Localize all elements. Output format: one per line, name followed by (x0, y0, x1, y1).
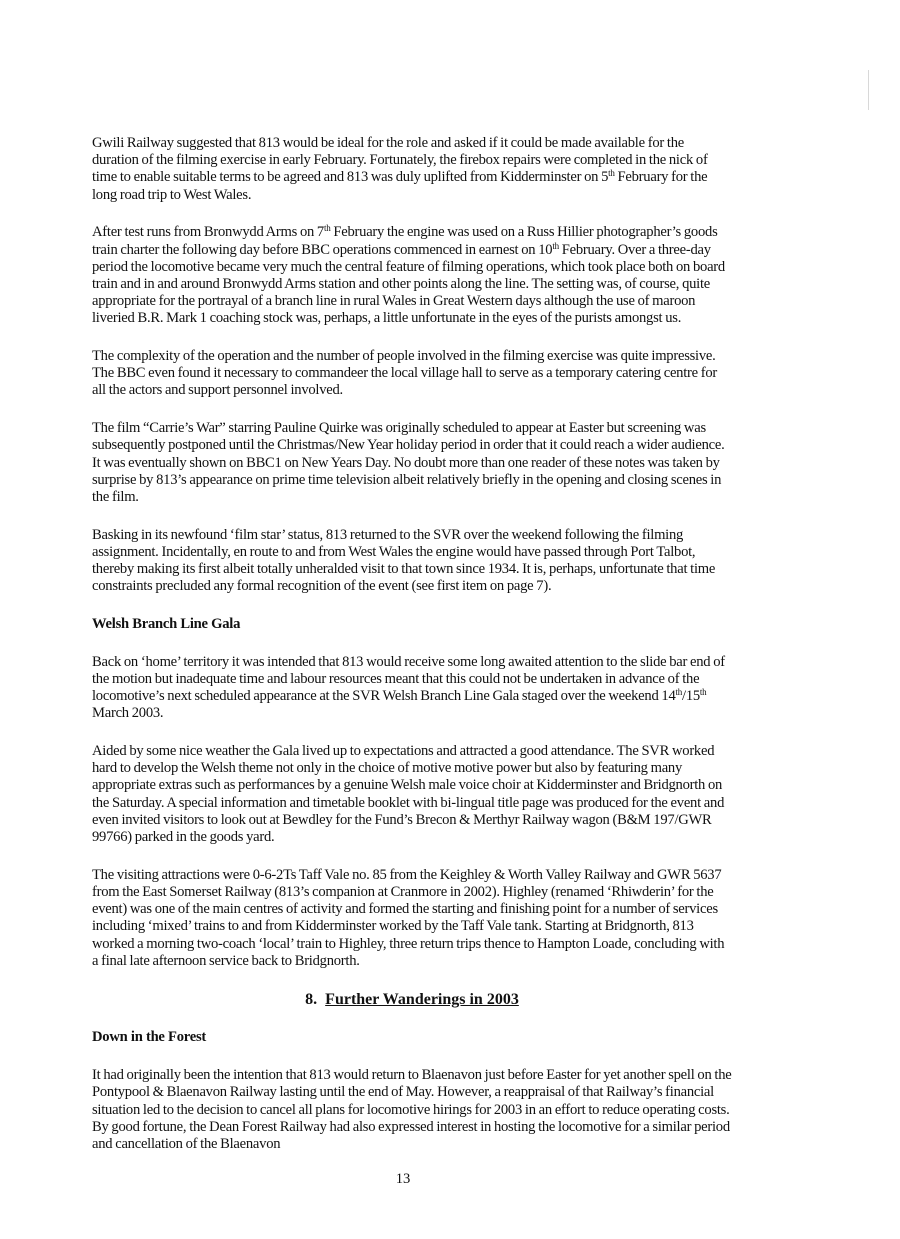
section-number: 8. (305, 991, 317, 1008)
paragraph-carries-war: The film “Carrie’s War” starring Pauline… (92, 420, 732, 506)
paragraph-gwili-railway: Gwili Railway suggested that 813 would b… (92, 135, 732, 204)
paragraph-complexity: The complexity of the operation and the … (92, 348, 732, 400)
page-number: 13 (0, 1171, 806, 1188)
subheading-down-in-the-forest: Down in the Forest (92, 1029, 732, 1046)
document-page: Gwili Railway suggested that 813 would b… (92, 135, 732, 1174)
paragraph-nice-weather: Aided by some nice weather the Gala live… (92, 743, 732, 846)
paragraph-blaenavon: It had originally been the intention tha… (92, 1067, 732, 1153)
subheading-welsh-branch-line-gala: Welsh Branch Line Gala (92, 616, 732, 633)
section-title: Further Wanderings in 2003 (325, 991, 519, 1008)
paragraph-test-runs: After test runs from Bronwydd Arms on 7t… (92, 224, 732, 327)
section-heading: 8.Further Wanderings in 2003 (92, 990, 732, 1009)
scan-edge-mark (868, 70, 869, 110)
paragraph-home-territory: Back on ‘home’ territory it was intended… (92, 654, 732, 723)
paragraph-film-star: Basking in its newfound ‘film star’ stat… (92, 527, 732, 596)
paragraph-visiting-attractions: The visiting attractions were 0-6-2Ts Ta… (92, 867, 732, 970)
